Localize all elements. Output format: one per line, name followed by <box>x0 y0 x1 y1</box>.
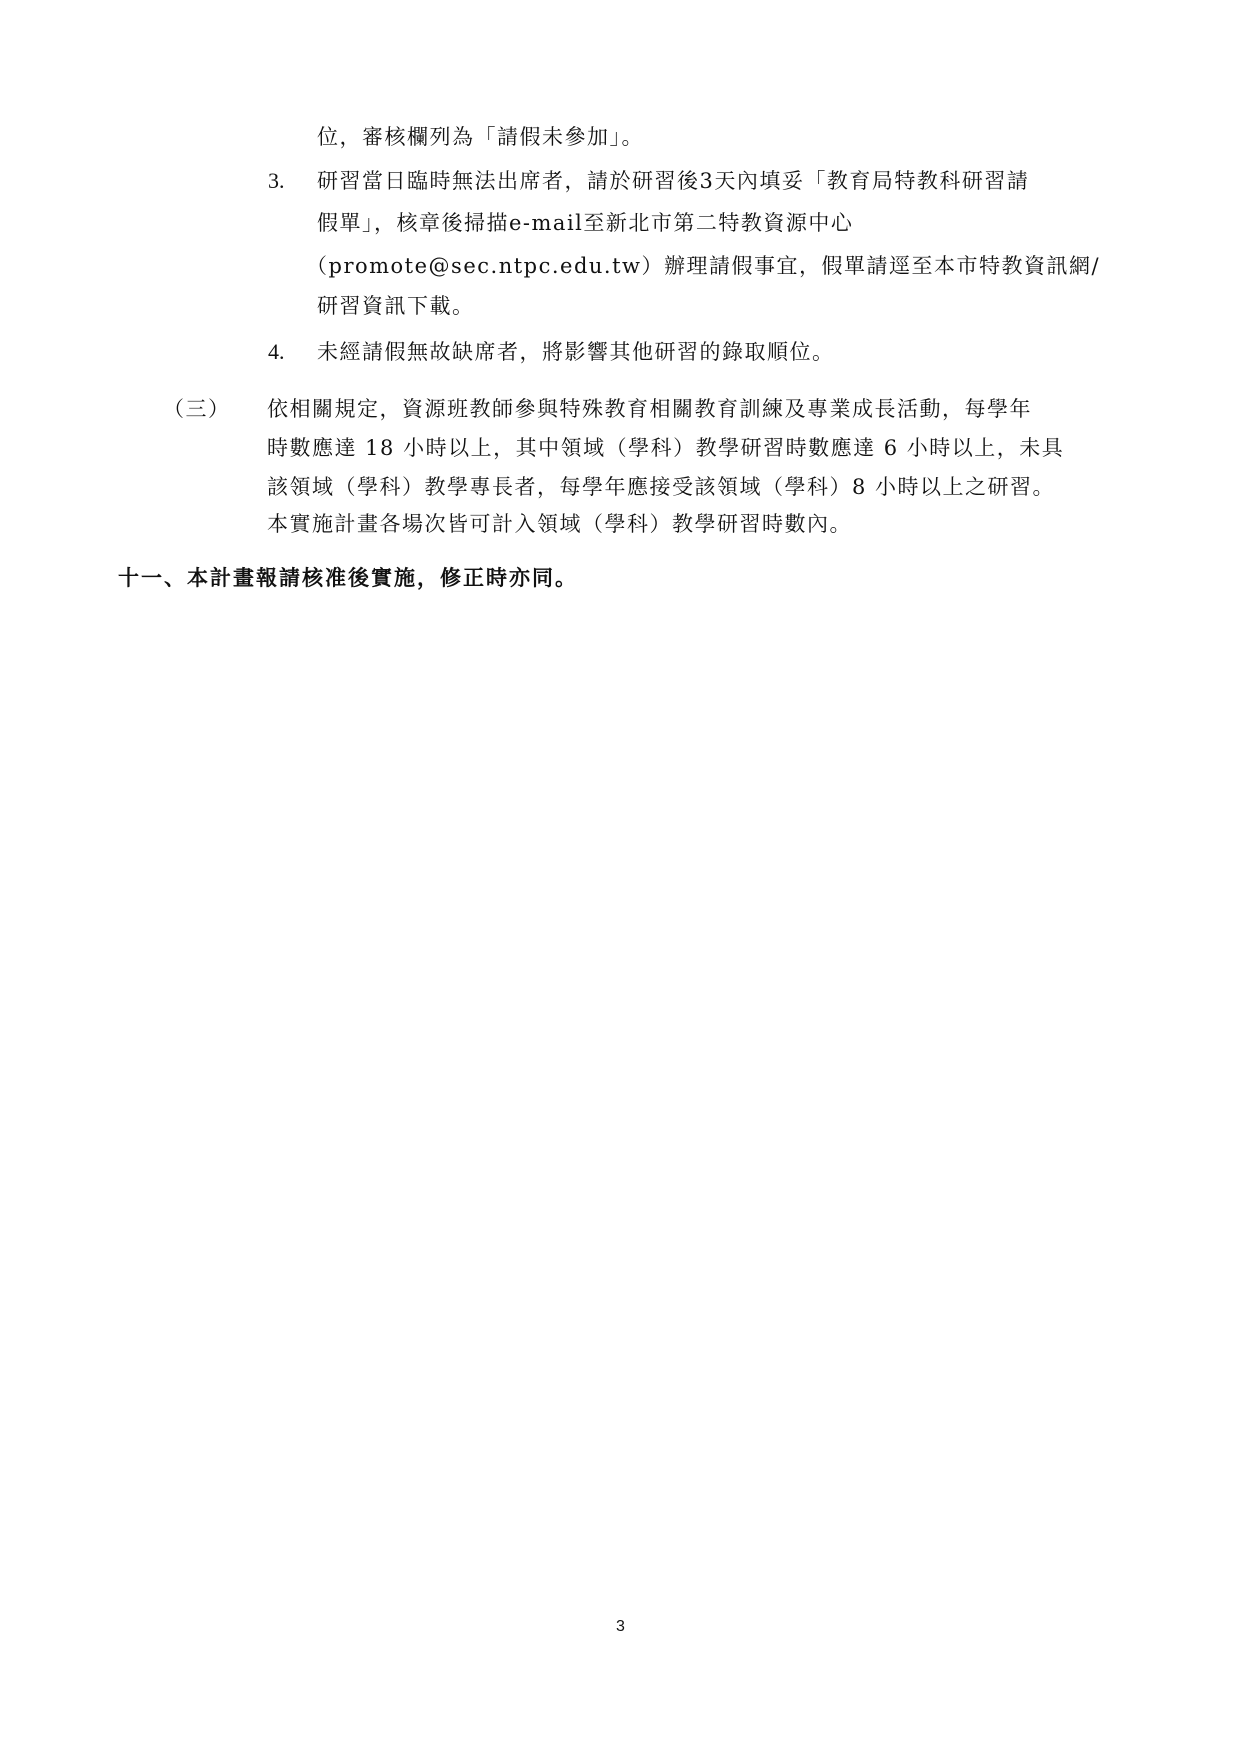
list-item-number: 4. <box>268 338 285 366</box>
page-number: 3 <box>0 1617 1241 1637</box>
section-eleven-heading: 十一、本計畫報請核准後實施，修正時亦同。 <box>118 563 578 593</box>
list-item-line: 假單」，核章後掃描e-mail至新北市第二特教資源中心 <box>317 209 853 237</box>
list-item-number: 3. <box>268 167 285 195</box>
section-three-line: 該領域（學科）教學專長者，每學年應接受該領域（學科）8 小時以上之研習。 <box>267 473 1055 501</box>
section-three-line: 依相關規定，資源班教師參與特殊教育相關教育訓練及專業成長活動，每學年 <box>267 395 1032 423</box>
list-item-line: 研習資訊下載。 <box>317 292 475 320</box>
section-three-line: 本實施計畫各場次皆可計入領域（學科）教學研習時數內。 <box>267 510 852 538</box>
section-three-label: （三） <box>163 395 231 423</box>
section-three-line: 時數應達 18 小時以上，其中領域（學科）教學研習時數應達 6 小時以上，未具 <box>267 434 1064 462</box>
continuation-line: 位，審核欄列為「請假未參加」。 <box>317 123 644 151</box>
list-item-line: 研習當日臨時無法出席者，請於研習後3天內填妥「教育局特教科研習請 <box>317 167 1029 195</box>
list-item-line: （promote@sec.ntpc.edu.tw）辦理請假事宜，假單請逕至本市特… <box>306 252 1100 280</box>
list-item-line: 未經請假無故缺席者，將影響其他研習的錄取順位。 <box>317 338 835 366</box>
